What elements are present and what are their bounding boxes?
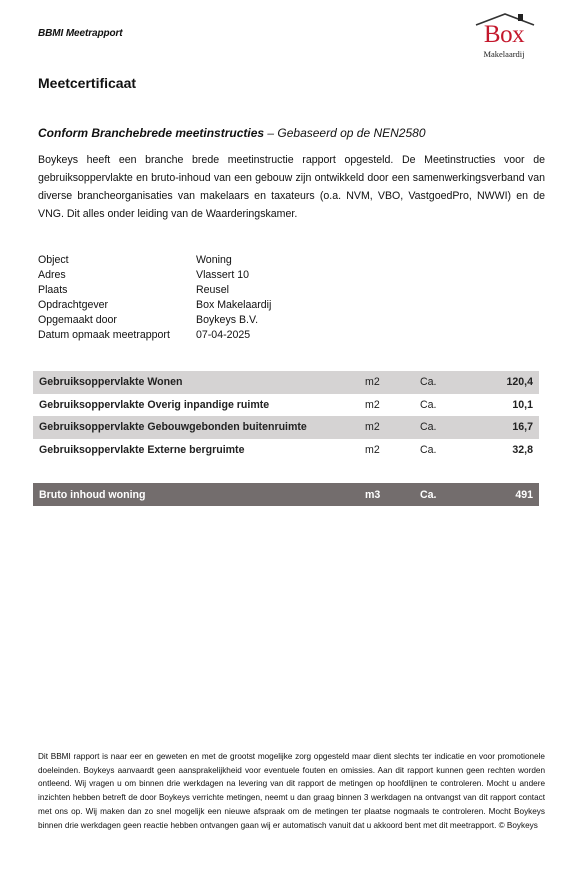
property-value: Reusel [196,283,229,298]
measurement-label: Gebruiksoppervlakte Gebouwgebonden buite… [33,421,365,433]
subtitle-bold: Conform Branchebrede meetinstructies [38,126,264,140]
property-value: Box Makelaardij [196,298,271,313]
property-label: Opgemaakt door [38,313,196,328]
measurement-label: Gebruiksoppervlakte Externe bergruimte [33,444,365,456]
logo-subtitle: Makelaardij [474,49,534,59]
measurement-approx: Ca. [420,399,478,411]
total-unit: m3 [365,489,420,501]
subtitle-rest: – Gebaseerd op de NEN2580 [264,126,425,140]
table-row: Gebruiksoppervlakte Overig inpandige rui… [33,394,539,417]
measurements-table: Gebruiksoppervlakte Wonen m2 Ca. 120,4 G… [33,371,539,461]
measurement-approx: Ca. [420,376,478,388]
property-details: Object Woning Adres Vlassert 10 Plaats R… [38,253,271,343]
disclaimer-paragraph: Dit BBMI rapport is naar eer en geweten … [38,750,545,832]
table-row: Gebruiksoppervlakte Wonen m2 Ca. 120,4 [33,371,539,394]
measurement-approx: Ca. [420,421,478,433]
property-label: Object [38,253,196,268]
measurement-unit: m2 [365,444,420,456]
property-label: Plaats [38,283,196,298]
property-row: Plaats Reusel [38,283,271,298]
measurement-unit: m2 [365,399,420,411]
section-subtitle: Conform Branchebrede meetinstructies – G… [38,126,426,140]
property-label: Datum opmaak meetrapport [38,328,196,343]
measurement-label: Gebruiksoppervlakte Wonen [33,376,365,388]
measurement-value: 16,7 [478,421,539,433]
company-logo: Box Makelaardij [470,12,538,62]
total-approx: Ca. [420,489,478,501]
property-value: 07-04-2025 [196,328,250,343]
measurement-value: 10,1 [478,399,539,411]
property-value: Vlassert 10 [196,268,249,283]
intro-paragraph: Boykeys heeft een branche brede meetinst… [38,151,545,223]
report-header-title: BBMI Meetrapport [38,28,123,39]
page-title: Meetcertificaat [38,75,136,91]
property-row: Opdrachtgever Box Makelaardij [38,298,271,313]
logo-wordmark: Box [474,22,534,47]
measurement-approx: Ca. [420,444,478,456]
total-label: Bruto inhoud woning [33,489,365,501]
measurement-unit: m2 [365,421,420,433]
property-value: Woning [196,253,232,268]
total-volume-row: Bruto inhoud woning m3 Ca. 491 [33,483,539,506]
property-value: Boykeys B.V. [196,313,258,328]
property-row: Opgemaakt door Boykeys B.V. [38,313,271,328]
property-label: Adres [38,268,196,283]
property-label: Opdrachtgever [38,298,196,313]
total-value: 491 [478,489,539,501]
measurement-value: 32,8 [478,444,539,456]
property-row: Object Woning [38,253,271,268]
measurement-unit: m2 [365,376,420,388]
measurement-value: 120,4 [478,376,539,388]
table-row: Gebruiksoppervlakte Externe bergruimte m… [33,439,539,462]
measurement-label: Gebruiksoppervlakte Overig inpandige rui… [33,399,365,411]
property-row: Datum opmaak meetrapport 07-04-2025 [38,328,271,343]
table-row: Gebruiksoppervlakte Gebouwgebonden buite… [33,416,539,439]
property-row: Adres Vlassert 10 [38,268,271,283]
